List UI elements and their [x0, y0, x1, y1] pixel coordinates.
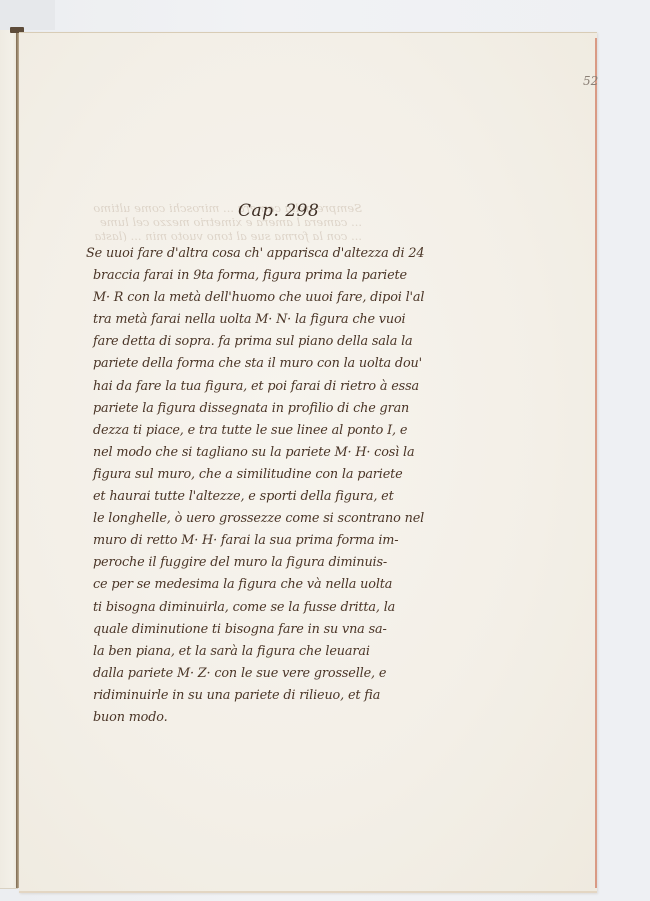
text-line: figura sul muro, che a similitudine con …	[86, 464, 426, 486]
text-line: Se uuoi fare d'altra cosa ch' apparisca …	[86, 243, 426, 265]
text-line: le longhelle, ò uero grossezze come si s…	[86, 508, 426, 530]
text-line: la ben piana, et la sarà la figura che l…	[86, 641, 426, 663]
text-line: ridiminuirle in su una pariete di rilieu…	[86, 685, 426, 707]
bleed-through-text: Sempre nella camera ... miroschi come ul…	[92, 201, 362, 243]
text-line: braccia farai in 9ta forma, figura prima…	[86, 265, 426, 287]
text-line: hai da fare la tua figura, et poi farai …	[86, 376, 426, 398]
text-line: et haurai tutte l'altezze, e sporti dell…	[86, 486, 426, 508]
text-line: fare detta di sopra. fa prima sul piano …	[86, 331, 426, 353]
chapter-title: Cap. 298	[238, 201, 319, 221]
text-line: pariete della forma che sta il muro con …	[86, 353, 426, 375]
scan-background-strip	[0, 0, 55, 30]
bleed-line: ... camera l amera e ximetrio mezzo cel …	[92, 215, 362, 229]
text-line: ce per se medesima la figura che và nell…	[86, 574, 426, 596]
text-line: dezza ti piace, e tra tutte le sue linee…	[86, 420, 426, 442]
bleed-line: Sempre nella camera ... miroschi come ul…	[92, 201, 362, 215]
text-line: peroche il fuggire del muro la figura di…	[86, 552, 426, 574]
text-line: pariete la figura dissegnata in profilio…	[86, 398, 426, 420]
text-line: buon modo.	[86, 707, 426, 729]
text-line: tra metà farai nella uolta M· N· la figu…	[86, 309, 426, 331]
text-line: ti bisogna diminuirla, come se la fusse …	[86, 597, 426, 619]
folio-number: 52	[583, 74, 598, 88]
manuscript-body: Se uuoi fare d'altra cosa ch' apparisca …	[86, 243, 426, 729]
text-line: quale diminutione ti bisogna fare in su …	[86, 619, 426, 641]
text-line: muro di retto M· H· farai la sua prima f…	[86, 530, 426, 552]
text-line: nel modo che si tagliano su la pariete M…	[86, 442, 426, 464]
page-red-edge	[595, 38, 597, 888]
text-line: M· R con la metà dell'huomo che uuoi far…	[86, 287, 426, 309]
text-line: dalla pariete M· Z· con le sue vere gros…	[86, 663, 426, 685]
bleed-line: ... con la forma sue al tono vuoto min .…	[92, 229, 362, 243]
